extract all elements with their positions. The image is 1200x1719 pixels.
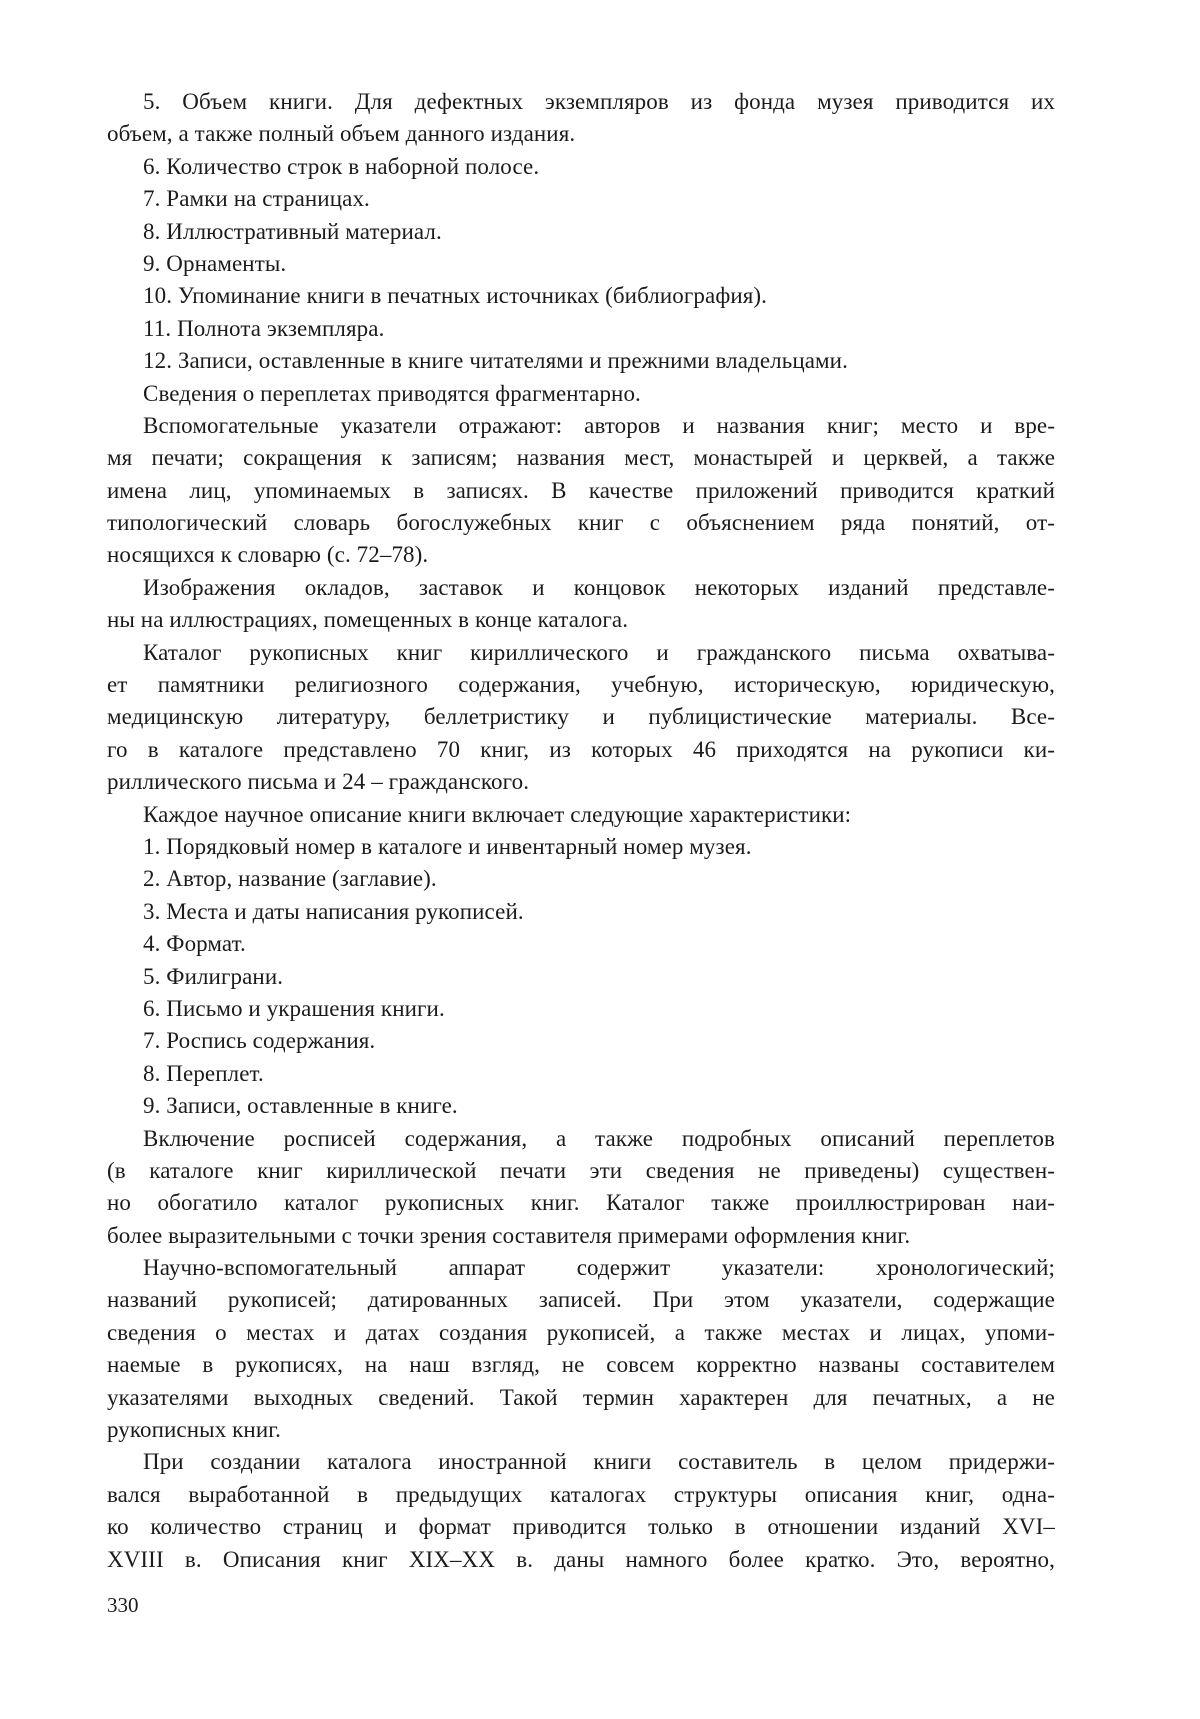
page-text-block: 5. Объем книги. Для дефектных экземпляро…: [107, 86, 1055, 1576]
text-line: XVIII в. Описания книг XIX–XX в. даны на…: [107, 1544, 1055, 1576]
text-line: имена лиц, упоминаемых в записях. В каче…: [107, 475, 1055, 507]
text-line: наемые в рукописях, на наш взгляд, не со…: [107, 1349, 1055, 1381]
text-line: объем, а также полный объем данного изда…: [107, 118, 1055, 150]
text-line: Включение росписей содержания, а также п…: [107, 1123, 1055, 1155]
book-page: 5. Объем книги. Для дефектных экземпляро…: [0, 0, 1200, 1719]
text-line: Вспомогательные указатели отражают: авто…: [107, 410, 1055, 442]
text-line: более выразительными с точки зрения сост…: [107, 1220, 1055, 1252]
text-line: названий рукописей; датированных записей…: [107, 1284, 1055, 1316]
text-line: ны на иллюстрациях, помещенных в конце к…: [107, 604, 1055, 636]
text-line: Изображения окладов, заставок и концовок…: [107, 572, 1055, 604]
text-line: 3. Места и даты написания рукописей.: [107, 896, 1055, 928]
text-line: 4. Формат.: [107, 928, 1055, 960]
text-line: 10. Упоминание книги в печатных источник…: [107, 280, 1055, 312]
text-line: (в каталоге книг кириллической печати эт…: [107, 1155, 1055, 1187]
text-line: сведения о местах и датах создания рукоп…: [107, 1317, 1055, 1349]
text-line: 6. Письмо и украшения книги.: [107, 993, 1055, 1025]
text-line: 11. Полнота экземпляра.: [107, 313, 1055, 345]
text-line: Научно-вспомогательный аппарат содержит …: [107, 1252, 1055, 1284]
text-line: Каждое научное описание книги включает с…: [107, 799, 1055, 831]
text-line: типологический словарь богослужебных кни…: [107, 507, 1055, 539]
text-line: медицинскую литературу, беллетристику и …: [107, 701, 1055, 733]
text-line: 7. Роспись содержания.: [107, 1025, 1055, 1057]
text-line: носящихся к словарю (с. 72–78).: [107, 539, 1055, 571]
text-line: Сведения о переплетах приводятся фрагмен…: [107, 378, 1055, 410]
text-line: 5. Объем книги. Для дефектных экземпляро…: [107, 86, 1055, 118]
text-line: указателями выходных сведений. Такой тер…: [107, 1382, 1055, 1414]
text-line: ет памятники религиозного содержания, уч…: [107, 669, 1055, 701]
text-line: вался выработанной в предыдущих каталога…: [107, 1479, 1055, 1511]
text-line: При создании каталога иностранной книги …: [107, 1446, 1055, 1478]
text-line: 5. Филиграни.: [107, 961, 1055, 993]
text-line: ко количество страниц и формат приводитс…: [107, 1511, 1055, 1543]
page-number: 330: [107, 1592, 139, 1618]
text-line: риллического письма и 24 – гражданского.: [107, 766, 1055, 798]
text-line: 1. Порядковый номер в каталоге и инвента…: [107, 831, 1055, 863]
text-line: 8. Иллюстративный материал.: [107, 216, 1055, 248]
text-line: го в каталоге представлено 70 книг, из к…: [107, 734, 1055, 766]
text-line: 7. Рамки на страницах.: [107, 183, 1055, 215]
text-line: 9. Записи, оставленные в книге.: [107, 1090, 1055, 1122]
text-line: рукописных книг.: [107, 1414, 1055, 1446]
text-line: 9. Орнаменты.: [107, 248, 1055, 280]
text-line: но обогатило каталог рукописных книг. Ка…: [107, 1187, 1055, 1219]
text-line: 12. Записи, оставленные в книге читателя…: [107, 345, 1055, 377]
text-line: 6. Количество строк в наборной полосе.: [107, 151, 1055, 183]
text-line: 2. Автор, название (заглавие).: [107, 863, 1055, 895]
text-line: мя печати; сокращения к записям; названи…: [107, 442, 1055, 474]
text-line: 8. Переплет.: [107, 1058, 1055, 1090]
text-line: Каталог рукописных книг кириллического и…: [107, 637, 1055, 669]
